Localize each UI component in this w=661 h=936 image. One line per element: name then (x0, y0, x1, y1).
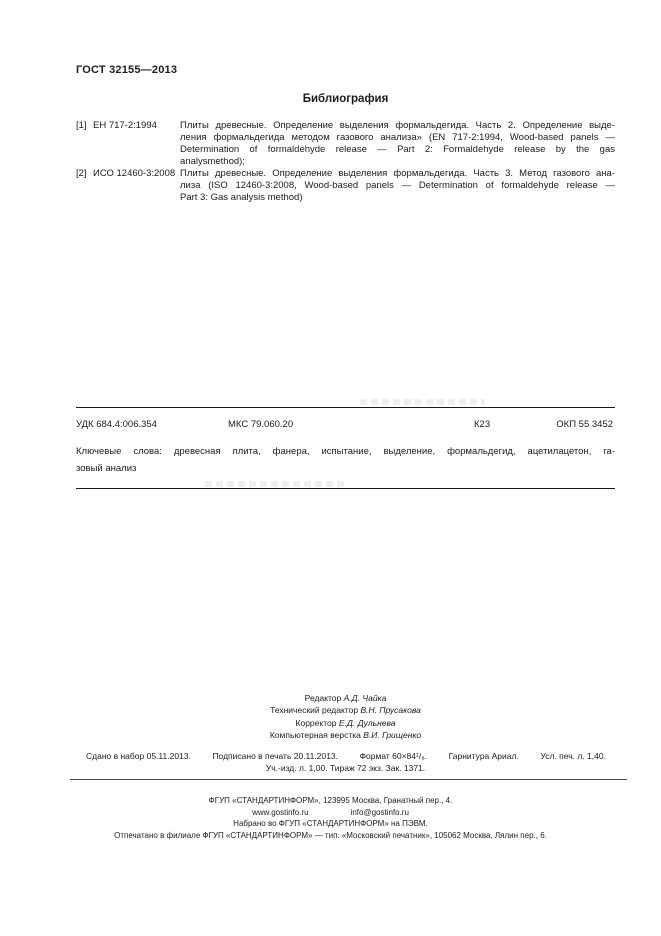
entry-line: analysmethod); (180, 156, 615, 168)
imprint-segment: Усл. печ. л. 1,40. (540, 751, 606, 761)
okp-code: ОКП 55 3452 (556, 419, 613, 430)
staff-line: Корректор Е.Д. Дульнева (76, 717, 615, 729)
staff-role: Корректор (296, 718, 337, 728)
entry-standard-id: ЕН 717-2:1994 (93, 120, 180, 132)
entry-description: Плиты древесные. Определение выделения ф… (180, 120, 615, 168)
editorial-staff-block: Редактор А.Д. Чайка Технический редактор… (76, 692, 615, 741)
staff-name: А.Д. Чайка (344, 693, 387, 703)
doc-number: ГОСТ 32155—2013 (76, 64, 177, 76)
publisher-website: www.gostinfo.ru (252, 807, 308, 819)
keywords-line: Ключевые слова: древесная плита, фанера,… (76, 443, 615, 460)
staff-role: Технический редактор (270, 705, 358, 715)
publisher-typeset: Набрано во ФГУП «СТАНДАРТИНФОРМ» на ПЭВМ… (0, 818, 661, 830)
entry-line: Плиты древесные. Определение выделения ф… (180, 168, 615, 180)
scan-watermark-artifact (205, 481, 345, 487)
scan-watermark-artifact (360, 399, 485, 405)
imprint-segment: Формат 60×84¹/₈. (360, 751, 428, 761)
k-code: К23 (474, 419, 490, 430)
staff-line: Редактор А.Д. Чайка (76, 692, 615, 704)
entry-line: лиза (ISO 12460-3:2008, Wood-based panel… (180, 180, 615, 192)
entry-description: Плиты древесные. Определение выделения ф… (180, 168, 615, 204)
staff-line: Технический редактор В.Н. Прусакова (76, 704, 615, 716)
imprint-segment: Сдано в набор 05.11.2013. (86, 751, 191, 761)
publisher-block: ФГУП «СТАНДАРТИНФОРМ», 123995 Москва, Гр… (0, 795, 661, 841)
entry-line: Плиты древесные. Определение выделения ф… (180, 120, 615, 132)
mks-code: МКС 79.060.20 (228, 419, 293, 430)
horizontal-rule (76, 407, 615, 408)
bibliography-entry: [1] ЕН 717-2:1994 Плиты древесные. Опред… (76, 120, 615, 168)
entry-standard-id: ИСО 12460-3:2008 (93, 168, 180, 180)
staff-line: Компьютерная верстка В.И. Грищенко (76, 729, 615, 741)
staff-role: Редактор (305, 693, 342, 703)
entry-number: [1] (76, 120, 93, 132)
publisher-address: ФГУП «СТАНДАРТИНФОРМ», 123995 Москва, Гр… (0, 795, 661, 807)
entry-number: [2] (76, 168, 93, 180)
imprint-segment: Гарнитура Ариал. (449, 751, 519, 761)
classification-row: УДК 684.4:006.354 МКС 79.060.20 К23 ОКП … (76, 419, 615, 432)
horizontal-rule (76, 488, 615, 489)
entry-line: Determination of formaldehyde release — … (180, 144, 615, 156)
publisher-email: info@gostinfo.ru (351, 807, 409, 819)
publisher-contacts-line: www.gostinfo.ru info@gostinfo.ru (0, 807, 661, 819)
page-title: Библиография (76, 93, 615, 105)
keywords-line: зовый анализ (76, 460, 615, 477)
imprint-line: Уч.-изд. л. 1,00. Тираж 72 экз. Зак. 137… (76, 763, 615, 773)
horizontal-rule (70, 779, 627, 780)
keywords-block: Ключевые слова: древесная плита, фанера,… (76, 443, 615, 477)
bibliography-entry: [2] ИСО 12460-3:2008 Плиты древесные. Оп… (76, 168, 615, 204)
staff-name: Е.Д. Дульнева (339, 718, 396, 728)
staff-role: Компьютерная верстка (270, 730, 361, 740)
imprint-line: Сдано в набор 05.11.2013. Подписано в пе… (86, 751, 606, 761)
bibliography-list: [1] ЕН 717-2:1994 Плиты древесные. Опред… (76, 120, 615, 204)
udk-code: УДК 684.4:006.354 (76, 419, 157, 430)
publisher-printed: Отпечатано в филиале ФГУП «СТАНДАРТИНФОР… (0, 830, 661, 842)
document-page: ГОСТ 32155—2013 Библиография [1] ЕН 717-… (0, 0, 661, 936)
staff-name: В.Н. Прусакова (360, 705, 420, 715)
imprint-segment: Подписано в печать 20.11.2013. (212, 751, 338, 761)
staff-name: В.И. Грищенко (363, 730, 421, 740)
entry-line: Part 3: Gas analysis method) (180, 192, 615, 204)
entry-line: ления формальдегида методом газового ана… (180, 132, 615, 144)
